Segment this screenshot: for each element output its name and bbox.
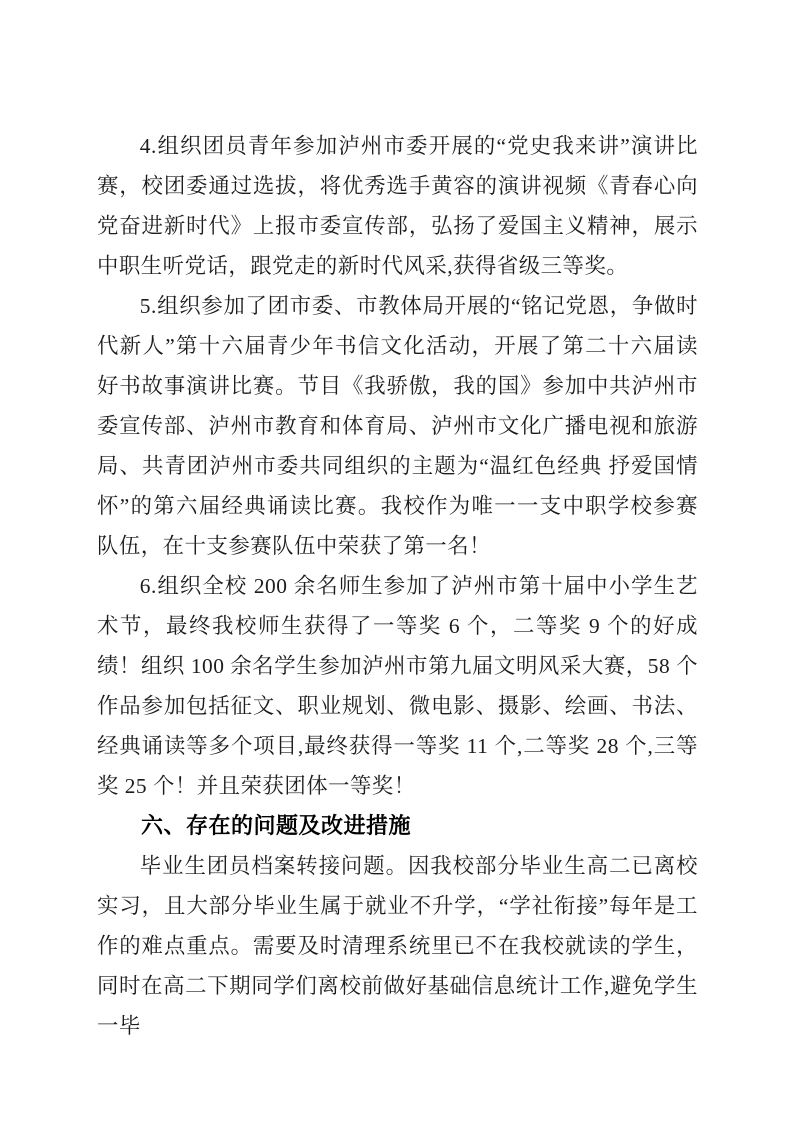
document-body: 4.组织团员青年参加泸州市委开展的“党史我来讲”演讲比赛，校团委通过选拔，将优秀… — [97, 126, 698, 1046]
paragraph-item-5: 5.组织参加了团市委、市教体局开展的“铭记党恩，争做时代新人”第十六届青少年书信… — [97, 286, 698, 566]
paragraph-item-6: 6.组织全校 200 余名师生参加了泸州市第十届中小学生艺术节，最终我校师生获得… — [97, 566, 698, 806]
paragraph-item-4: 4.组织团员青年参加泸州市委开展的“党史我来讲”演讲比赛，校团委通过选拔，将优秀… — [97, 126, 698, 286]
paragraph-graduate-archive-issue: 毕业生团员档案转接问题。因我校部分毕业生高二已离校实习，且大部分毕业生属于就业不… — [97, 846, 698, 1046]
section-heading-problems-and-improvements: 六、存在的问题及改进措施 — [97, 806, 698, 846]
document-page: 4.组织团员青年参加泸州市委开展的“党史我来讲”演讲比赛，校团委通过选拔，将优秀… — [0, 0, 793, 1122]
